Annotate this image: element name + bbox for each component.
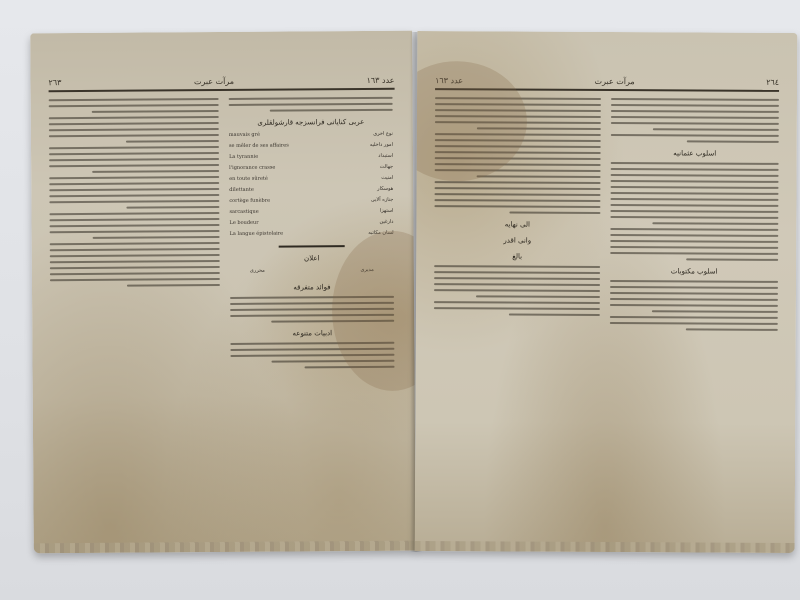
left-journal-title: مرآت عبرت [194, 76, 234, 85]
vocab-table: mauvais gréنوع اخری se mêler de ses affa… [229, 129, 394, 240]
verse-line: بالغ [434, 251, 600, 262]
verse-line: وانی اقدر [434, 235, 600, 246]
magazine-spread: عدد ١٦٣ مرآت عبرت ٢٦٣ عربی کنایاتی فرانس… [32, 32, 798, 552]
subheading-ottoman-style: اسلوب عثمانیه [611, 148, 779, 159]
section-divider [279, 245, 345, 247]
right-page-number: ٢٦٤ [766, 77, 779, 86]
table-intro: عربی کنایاتی فرانسزجه قارشولقلری [229, 117, 393, 128]
left-page: عدد ١٦٣ مرآت عبرت ٢٦٣ عربی کنایاتی فرانس… [30, 31, 416, 554]
left-page-column-left [49, 94, 220, 291]
worn-edge [415, 541, 795, 553]
right-journal-title: مرآت عبرت [595, 76, 635, 85]
subheading-letter-style: اسلوب مکتوبات [610, 266, 778, 277]
signature-editor: محرری [250, 266, 265, 277]
worn-edge [34, 541, 416, 554]
right-page-column-right: اسلوب عثمانیه اسلوب مکتوبات [610, 94, 779, 335]
right-page: ٢٦٤ مرآت عبرت عدد ١٦٣ الی نهایه وانی اقد… [415, 31, 798, 553]
left-page-number: ٢٦٣ [48, 78, 61, 87]
left-running-head: عدد ١٦٣ مرآت عبرت ٢٦٣ [48, 73, 394, 89]
verse-line: الی نهایه [434, 219, 600, 230]
left-issue-label: عدد ١٦٣ [367, 75, 395, 84]
